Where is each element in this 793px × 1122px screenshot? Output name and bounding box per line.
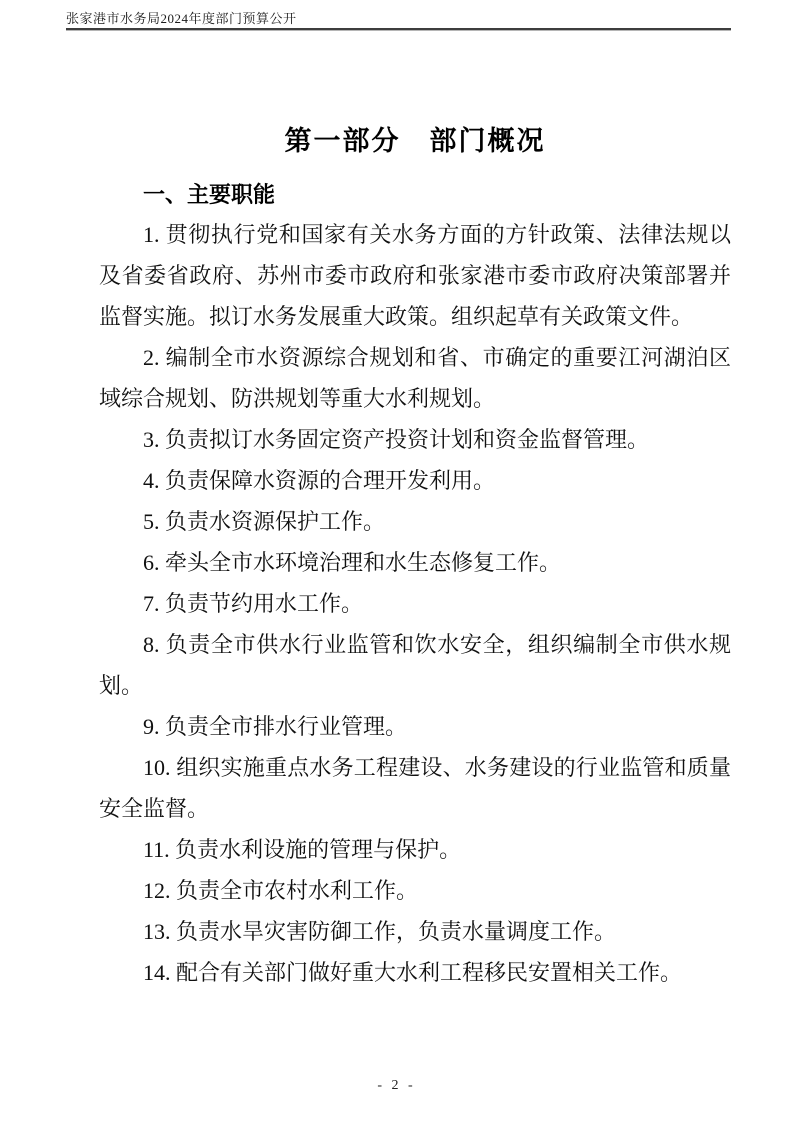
paragraph: 13. 负责水旱灾害防御工作，负责水量调度工作。 (99, 911, 731, 952)
paragraph: 3. 负责拟订水务固定资产投资计划和资金监督管理。 (99, 419, 731, 460)
document-page: 张家港市水务局2024年度部门预算公开 第一部分 部门概况 一、主要职能 1. … (0, 0, 793, 1122)
paragraph: 4. 负责保障水资源的合理开发利用。 (99, 460, 731, 501)
paragraph: 8. 负责全市供水行业监管和饮水安全，组织编制全市供水规划。 (99, 624, 731, 706)
paragraph: 10. 组织实施重点水务工程建设、水务建设的行业监管和质量安全监督。 (99, 747, 731, 829)
page-number: - 2 - (377, 1078, 415, 1093)
paragraph: 11. 负责水利设施的管理与保护。 (99, 829, 731, 870)
paragraph-list: 1. 贯彻执行党和国家有关水务方面的方针政策、法律法规以及省委省政府、苏州市委市… (99, 214, 731, 993)
paragraph: 6. 牵头全市水环境治理和水生态修复工作。 (99, 542, 731, 583)
document-title: 第一部分 部门概况 (99, 126, 731, 156)
document-content: 第一部分 部门概况 一、主要职能 1. 贯彻执行党和国家有关水务方面的方针政策、… (99, 0, 731, 993)
paragraph: 1. 贯彻执行党和国家有关水务方面的方针政策、法律法规以及省委省政府、苏州市委市… (99, 214, 731, 337)
paragraph: 2. 编制全市水资源综合规划和省、市确定的重要江河湖泊区域综合规划、防洪规划等重… (99, 337, 731, 419)
paragraph: 12. 负责全市农村水利工作。 (99, 870, 731, 911)
paragraph: 9. 负责全市排水行业管理。 (99, 706, 731, 747)
section-heading: 一、主要职能 (99, 182, 731, 208)
paragraph: 7. 负责节约用水工作。 (99, 583, 731, 624)
page-footer: - 2 - (0, 1078, 793, 1094)
paragraph: 5. 负责水资源保护工作。 (99, 501, 731, 542)
paragraph: 14. 配合有关部门做好重大水利工程移民安置相关工作。 (99, 952, 731, 993)
